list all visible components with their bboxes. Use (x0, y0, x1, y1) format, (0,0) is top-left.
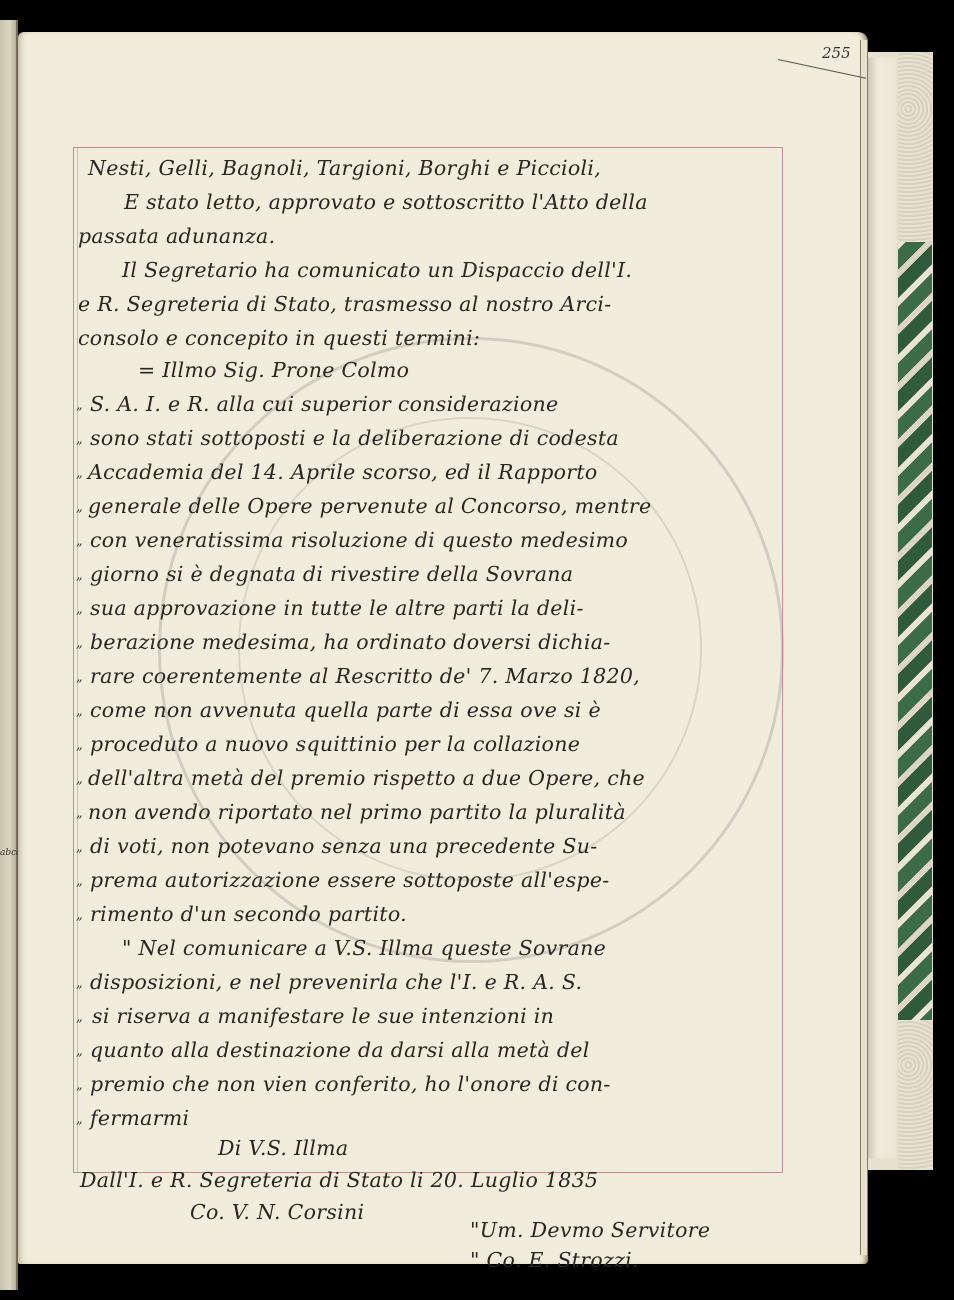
manuscript-line: rare coerentemente al Rescritto de' 7. M… (90, 664, 640, 688)
quotation-margin-mark: „ (76, 840, 83, 855)
quotation-margin-mark: „ (76, 1078, 83, 1093)
manuscript-line: Di V.S. Illma (218, 1136, 348, 1160)
manuscript-line: Co. V. N. Corsini (190, 1200, 364, 1224)
manuscript-line: non avendo riportato nel primo partito l… (88, 800, 626, 824)
cover-strip-bottom (898, 1020, 932, 1170)
manuscript-line: Accademia del 14. Aprile scorso, ed il R… (88, 460, 598, 484)
manuscript-line: Il Segretario ha comunicato un Dispaccio… (122, 258, 632, 282)
page-edge-right (860, 40, 868, 1255)
manuscript-line: S. A. I. e R. alla cui superior consider… (90, 392, 558, 416)
manuscript-line: generale delle Opere pervenute al Concor… (88, 494, 651, 518)
quotation-margin-mark: „ (76, 636, 83, 651)
quotation-margin-mark: „ (76, 874, 83, 889)
manuscript-line: Nesti, Gelli, Bagnoli, Targioni, Borghi … (88, 156, 601, 180)
manuscript-line: fermarmi (90, 1106, 189, 1130)
quotation-margin-mark: „ (76, 398, 83, 413)
quotation-margin-mark: „ (76, 806, 83, 821)
manuscript-line: sua approvazione in tutte le altre parti… (90, 596, 584, 620)
manuscript-line: berazione medesima, ha ordinato doversi … (90, 630, 610, 654)
quotation-margin-mark: „ (76, 908, 83, 923)
manuscript-line: di voti, non potevano senza una preceden… (90, 834, 597, 858)
left-page-edge: abcd (0, 20, 18, 1290)
quotation-margin-mark: „ (76, 568, 83, 583)
manuscript-line: E stato letto, approvato e sottoscritto … (124, 190, 648, 214)
manuscript-line: giorno si è degnata di rivestire della S… (90, 562, 573, 586)
quotation-margin-mark: „ (76, 976, 83, 991)
quotation-margin-mark: „ (76, 1044, 83, 1059)
manuscript-line: quanto alla destinazione da darsi alla m… (90, 1038, 590, 1062)
manuscript-line: proceduto a nuovo squittinio per la coll… (90, 732, 580, 756)
manuscript-line: prema autorizzazione essere sottoposte a… (90, 868, 609, 892)
manuscript-line: disposizioni, e nel prevenirla che l'I. … (90, 970, 582, 994)
manuscript-line: con veneratissima risoluzione di questo … (90, 528, 628, 552)
marbled-cover-strip (898, 52, 932, 1170)
quotation-margin-mark: „ (76, 738, 83, 753)
manuscript-line: dell'altra metà del premio rispetto a du… (88, 766, 645, 790)
endpaper-sheet (866, 58, 896, 1158)
quotation-margin-mark: „ (76, 500, 83, 515)
manuscript-line: sono stati sottoposti e la deliberazione… (90, 426, 619, 450)
quotation-margin-mark: „ (76, 670, 83, 685)
manuscript-line: " Co. E. Strozzi. (470, 1248, 639, 1272)
manuscript-line: consolo e concepito in questi termini: (78, 326, 480, 350)
quotation-margin-mark: „ (76, 1010, 83, 1025)
cover-strip-top (898, 52, 932, 242)
quotation-margin-mark: „ (76, 602, 83, 617)
manuscript-line: e R. Segreteria di Stato, trasmesso al n… (78, 292, 612, 316)
quotation-margin-mark: „ (76, 466, 83, 481)
manuscript-line: si riserva a manifestare le sue intenzio… (92, 1004, 554, 1028)
manuscript-line: Dall'I. e R. Segreteria di Stato li 20. … (80, 1168, 598, 1192)
folio-number: 255 (822, 44, 851, 62)
quotation-margin-mark: „ (76, 772, 83, 787)
quotation-margin-mark: „ (76, 432, 83, 447)
manuscript-line: rimento d'un secondo partito. (90, 902, 407, 926)
manuscript-line: = Illmo Sig. Prone Colmo (138, 358, 409, 382)
manuscript-line: passata adunanza. (78, 224, 275, 248)
quotation-margin-mark: „ (76, 704, 83, 719)
manuscript-line: premio che non vien conferito, ho l'onor… (90, 1072, 611, 1096)
quotation-margin-mark: „ (76, 1112, 83, 1127)
manuscript-line: "Um. Devmo Servitore (470, 1218, 710, 1242)
manuscript-line: " Nel comunicare a V.S. Illma queste Sov… (122, 936, 606, 960)
manuscript-line: come non avvenuta quella parte di essa o… (90, 698, 601, 722)
quotation-margin-mark: „ (76, 534, 83, 549)
